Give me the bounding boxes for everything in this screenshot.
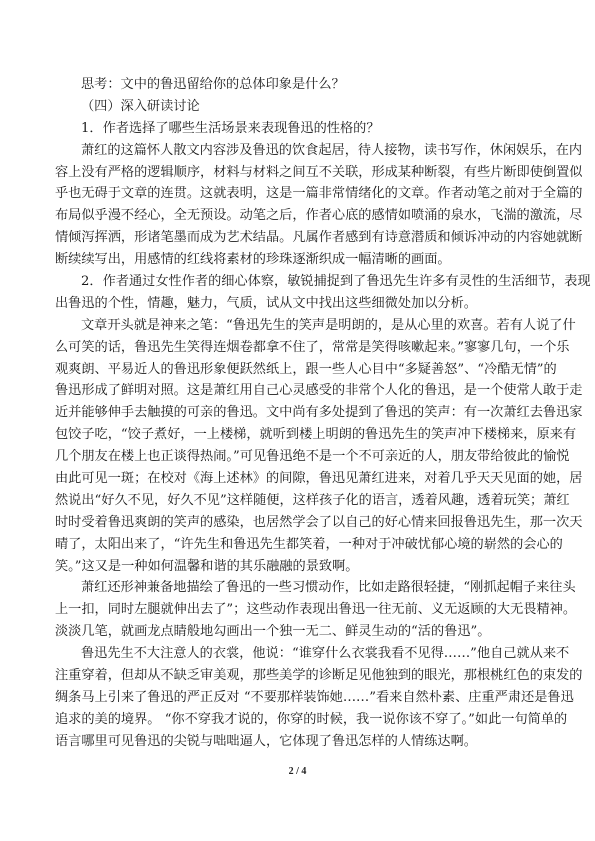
- paragraph-think: 思考：文中的鲁迅留给你的总体印象是什么？: [55, 74, 537, 96]
- text-line: 容上没有严格的逻辑顺序，材料与材料之间互不关联，形成某种断裂，有些片断即使倒置似: [55, 162, 537, 184]
- paragraph-q2: 2．作者通过女性作者的细心体察，敏锐捕捉到了鲁迅先生许多有灵性的生活细节，表现出…: [55, 271, 537, 315]
- text-line: 萧红还形神兼备地描绘了鲁迅的一些习惯动作，比如走路很轻捷，“刚抓起帽子来往头: [55, 577, 537, 599]
- paragraph-q1: 1．作者选择了哪些生活场景来表现鲁迅的性格的？: [55, 118, 537, 140]
- text-line: 1．作者选择了哪些生活场景来表现鲁迅的性格的？: [55, 118, 537, 140]
- text-line: 近并能够伸手去触摸的可亲的鲁迅。文中尚有多处提到了鲁迅的笑声：有一次萧红去鲁迅家: [55, 402, 537, 424]
- text-line: 注重穿着，但却从不缺乏审美观，那些美学的诊断足见他独到的眼光，那根桃红色的束发的: [55, 665, 537, 687]
- text-line: 几个朋友在楼上也正谈得热闹。”可见鲁迅绝不是一个不可亲近的人，朋友带给彼此的愉悦: [55, 446, 537, 468]
- text-line: 时时受着鲁迅爽朗的笑声的感染，也居然学会了以自己的好心情来回报鲁迅先生，那一次天: [55, 512, 537, 534]
- paragraph-a2: 文章开头就是神来之笔：“鲁迅先生的笑声是明朗的，是从心里的欢喜。若有人说了什么可…: [55, 315, 537, 578]
- text-line: 出鲁迅的个性，情趣，魅力，气质，试从文中找出这些细微处加以分析。: [55, 293, 537, 315]
- text-line: 包饺子吃，“饺子煮好，一上楼梯，就听到楼上明朗的鲁迅先生的笑声冲下楼梯来，原来有: [55, 424, 537, 446]
- paragraph-a3: 萧红还形神兼备地描绘了鲁迅的一些习惯动作，比如走路很轻捷，“刚抓起帽子来往头上一…: [55, 577, 537, 643]
- text-line: 笑。”这又是一种如何温馨和谐的其乐融融的景致啊。: [55, 556, 537, 578]
- text-line: 观爽朗、平易近人的鲁迅形象便跃然纸上，跟一些人心目中“多疑善怒”、“冷酷无情”的: [55, 359, 537, 381]
- text-line: 上一扣，同时左腿就伸出去了”；这些动作表现出鲁迅一往无前、义无返顾的大无畏精神。: [55, 599, 537, 621]
- text-line: 思考：文中的鲁迅留给你的总体印象是什么？: [55, 74, 537, 96]
- text-line: 语言哪里可见鲁迅的尖锐与咄咄逼人，它体现了鲁迅怎样的人情练达啊。: [55, 731, 537, 753]
- text-line: 然说出“好久不见，好久不见”这样随便，这样孩子化的语言，透着风趣，透着玩笑；萧红: [55, 490, 537, 512]
- document-page: 思考：文中的鲁迅留给你的总体印象是什么？（四）深入研读讨论1．作者选择了哪些生活…: [0, 0, 595, 841]
- paragraph-a1: 萧红的这篇怀人散文内容涉及鲁迅的饮食起居，待人接物，读书写作，休闲娱乐，在内容上…: [55, 140, 537, 271]
- text-line: 淡淡几笔，就画龙点睛般地勾画出一个独一无二、鲜灵生动的“活的鲁迅”。: [55, 621, 537, 643]
- text-line: 萧红的这篇怀人散文内容涉及鲁迅的饮食起居，待人接物，读书写作，休闲娱乐，在内: [55, 140, 537, 162]
- text-line: 绸条马上引来了鲁迅的严正反对 “不要那样装饰她……”看来自然朴素、庄重严肃还是鲁…: [55, 687, 537, 709]
- text-line: 么可笑的话，鲁迅先生笑得连烟卷都拿不住了，常常是笑得咳嗽起来。”寥寥几句，一个乐: [55, 337, 537, 359]
- text-line: 晴了，太阳出来了，“许先生和鲁迅先生都笑着，一种对于冲破忧郁心境的崭然的会心的: [55, 534, 537, 556]
- paragraph-section4: （四）深入研读讨论: [55, 96, 537, 118]
- page-number: 2 / 4: [0, 766, 595, 777]
- document-body: 思考：文中的鲁迅留给你的总体印象是什么？（四）深入研读讨论1．作者选择了哪些生活…: [55, 74, 537, 753]
- text-line: 鲁迅先生不大注意人的衣裳，他说：“谁穿什么衣裳我看不见得……”他自己就从来不: [55, 643, 537, 665]
- text-line: 鲁迅形成了鲜明对照。这是萧红用自己心灵感受的非常个人化的鲁迅，是一个使常人敢于走: [55, 380, 537, 402]
- text-line: 追求的美的境界。 “你不穿我才说的，你穿的时候，我一说你该不穿了。”如此一句简单…: [55, 709, 537, 731]
- text-line: 情倾泻挥洒，形诸笔墨而成为艺术结晶。凡属作者感到有诗意潜质和倾诉冲动的内容她就断: [55, 227, 537, 249]
- text-line: 布局似乎漫不经心，全无预设。动笔之后，作者心底的感情如喷涌的泉水，飞湍的激流，尽: [55, 205, 537, 227]
- text-line: 2．作者通过女性作者的细心体察，敏锐捕捉到了鲁迅先生许多有灵性的生活细节，表现: [55, 271, 537, 293]
- text-line: 文章开头就是神来之笔：“鲁迅先生的笑声是明朗的，是从心里的欢喜。若有人说了什: [55, 315, 537, 337]
- text-line: 断续续写出，用感情的红线将素材的珍珠逐渐织成一幅清晰的画面。: [55, 249, 537, 271]
- text-line: （四）深入研读讨论: [55, 96, 537, 118]
- paragraph-a4: 鲁迅先生不大注意人的衣裳，他说：“谁穿什么衣裳我看不见得……”他自己就从来不注重…: [55, 643, 537, 752]
- text-line: 由此可见一斑；在校对《海上述林》的间隙，鲁迅见萧红进来，对着几乎天天见面的她，居: [55, 468, 537, 490]
- text-line: 乎也无碍于文章的连贯。这就表明，这是一篇非常情绪化的文章。作者动笔之前对于全篇的: [55, 183, 537, 205]
